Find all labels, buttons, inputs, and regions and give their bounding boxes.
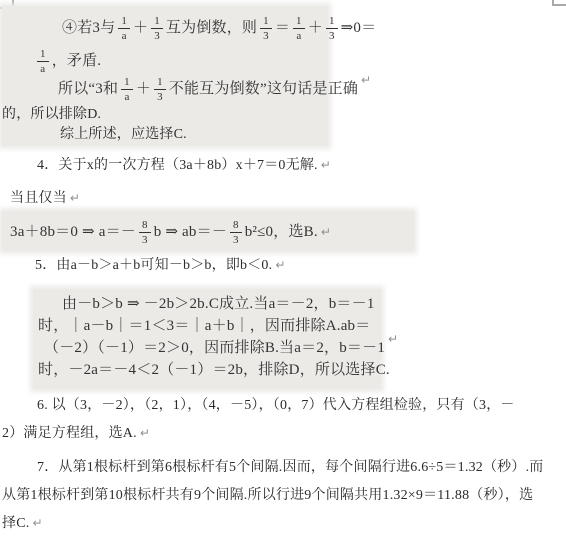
formula-text: ＋ bbox=[308, 20, 323, 37]
formula-text: ＋ bbox=[136, 81, 151, 98]
fraction-1-over-3: 13 bbox=[326, 15, 338, 42]
fraction-denominator: 3 bbox=[154, 29, 160, 42]
formula-text: 不能互为倒数”这句话是正确 bbox=[169, 81, 358, 98]
fraction-numerator: 1 bbox=[154, 76, 166, 90]
fraction-denominator: a bbox=[124, 90, 129, 103]
fraction-numerator: 1 bbox=[151, 15, 163, 29]
q7-line-3: 择C.↵ bbox=[2, 515, 43, 532]
fraction-1-over-a: 1a bbox=[37, 48, 49, 75]
paragraph-return-icon: ↵ bbox=[32, 516, 42, 530]
paragraph-return-icon: ↵ bbox=[321, 158, 331, 172]
formula-text: 互为倒数，则 bbox=[166, 20, 257, 37]
paragraph-return-icon: ↵ bbox=[140, 426, 150, 440]
fraction-numerator: 1 bbox=[326, 15, 338, 29]
fraction-numerator: 8 bbox=[230, 219, 242, 233]
q4-formula-line: 3a＋8b＝0 ⇒ a＝－ 83 b ⇒ ab＝－ 83 b²≤0，选B. ↵ bbox=[10, 214, 331, 250]
fraction-1-over-a: 1a bbox=[121, 76, 133, 103]
formula-text: b²≤0，选B. bbox=[245, 224, 318, 241]
fraction-1-over-3: 13 bbox=[260, 15, 272, 42]
formula-text: （－2）（－1）＝2＞0，因而排除B.当a＝2，b＝－1 bbox=[44, 340, 385, 357]
document-page: ④若3与 1a ＋ 13 互为倒数，则 13 ＝ 1a ＋ 13 ⇒0＝ 1a … bbox=[0, 0, 566, 537]
q3-conclusion-line: 所以“3和 1a ＋ 13 不能互为倒数”这句话是正确 ↵ bbox=[58, 72, 371, 106]
fraction-numerator: 1 bbox=[37, 48, 49, 62]
q5-statement-line: 5．由a－b＞a＋b可知－b＞b，即b＜0.↵ bbox=[35, 257, 286, 274]
fraction-8-over-3: 83 bbox=[230, 219, 242, 246]
body-text: 2）满足方程组，选A. bbox=[2, 426, 137, 441]
formula-text: ⇒0＝ bbox=[341, 20, 377, 37]
paragraph-return-icon: ↵ bbox=[388, 331, 398, 348]
fraction-numerator: 1 bbox=[121, 76, 133, 90]
paragraph-return-icon: ↵ bbox=[321, 224, 331, 241]
fraction-8-over-3: 83 bbox=[139, 219, 151, 246]
q3-case4-formula-line: ④若3与 1a ＋ 13 互为倒数，则 13 ＝ 1a ＋ 13 ⇒0＝ bbox=[62, 10, 376, 46]
paragraph-return-icon: ↵ bbox=[275, 258, 285, 272]
body-text: 4．关于x的一次方程（3a＋8b）x＋7＝0无解. bbox=[37, 158, 318, 173]
q5-step-line-1: 由－b＞b ⇒ －2b＞2b.C成立.当a＝－2，b＝－1 bbox=[62, 296, 375, 313]
formula-text: 所以“3和 bbox=[58, 81, 118, 98]
q4-problem-line: 4．关于x的一次方程（3a＋8b）x＋7＝0无解.↵ bbox=[37, 157, 331, 174]
q7-line-2: 从第1根标杆到第10根标杆共有9个间隔.所以行进9个间隔共用1.32×9＝11.… bbox=[2, 487, 533, 504]
q5-step-line-2: 时，｜a－b｜＝1＜3＝｜a＋b｜，因而排除A.ab＝ bbox=[38, 318, 370, 335]
fraction-1-over-3: 13 bbox=[154, 76, 166, 103]
fraction-denominator: 3 bbox=[142, 233, 148, 246]
formula-text: ，矛盾. bbox=[52, 53, 102, 70]
q4-iff-line: 当且仅当↵ bbox=[10, 190, 80, 207]
corner-mark-top-right bbox=[552, 0, 566, 6]
fraction-numerator: 1 bbox=[118, 15, 130, 29]
q5-step-line-4: 时，－2a＝－4＜2（－1）＝2b，排除D，所以选择C. bbox=[38, 362, 390, 379]
body-text: 当且仅当 bbox=[10, 191, 67, 206]
q3-exclude-d-line: 的，所以排除D. bbox=[2, 106, 101, 123]
fraction-denominator: 3 bbox=[329, 29, 335, 42]
body-text: 5．由a－b＞a＋b可知－b＞b，即b＜0. bbox=[35, 258, 272, 273]
fraction-1-over-3: 13 bbox=[151, 15, 163, 42]
formula-text: ＝ bbox=[275, 20, 290, 37]
q3-final-answer-line: 综上所述，应选择C. bbox=[60, 126, 187, 143]
formula-text: ④若3与 bbox=[62, 20, 115, 37]
formula-text: b ⇒ ab＝－ bbox=[154, 224, 227, 241]
fraction-numerator: 1 bbox=[260, 15, 272, 29]
q5-step-line-3: （－2）（－1）＝2＞0，因而排除B.当a＝2，b＝－1 ↵ bbox=[44, 340, 398, 357]
formula-text: 3a＋8b＝0 ⇒ a＝－ bbox=[10, 224, 136, 241]
fraction-denominator: 3 bbox=[233, 233, 239, 246]
fraction-denominator: a bbox=[40, 62, 45, 75]
body-text: 择C. bbox=[2, 516, 29, 531]
fraction-numerator: 8 bbox=[139, 219, 151, 233]
fraction-denominator: 3 bbox=[263, 29, 269, 42]
fraction-denominator: 3 bbox=[157, 90, 163, 103]
paragraph-return-icon: ↵ bbox=[361, 72, 371, 89]
fraction-denominator: a bbox=[122, 29, 127, 42]
fraction-denominator: a bbox=[296, 29, 301, 42]
fraction-1-over-a: 1a bbox=[293, 15, 305, 42]
paragraph-return-icon: ↵ bbox=[70, 191, 80, 205]
fraction-numerator: 1 bbox=[293, 15, 305, 29]
fraction-1-over-a: 1a bbox=[118, 15, 130, 42]
q7-line-1: 7．从第1根标杆到第6根标杆有5个间隔.因而，每个间隔行进6.6÷5＝1.32（… bbox=[37, 459, 543, 476]
formula-text: ＋ bbox=[133, 20, 148, 37]
q6-line-2: 2）满足方程组，选A.↵ bbox=[2, 425, 150, 442]
q6-line-1: 6. 以（3，－2），（2，1），（4，－5），（0，7）代入方程组检验，只有（… bbox=[37, 397, 515, 414]
